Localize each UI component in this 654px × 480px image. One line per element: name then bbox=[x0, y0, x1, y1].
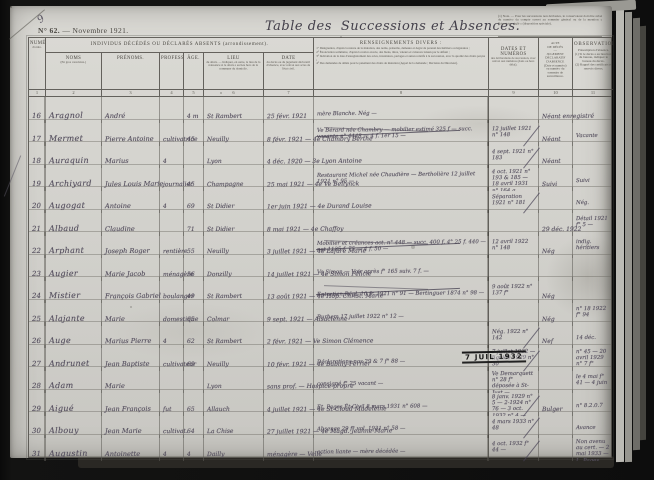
cell-nom: Augustin bbox=[46, 435, 102, 461]
header-lieu: LIEUdu décès. — Indiquer, en outre, le l… bbox=[204, 53, 264, 89]
handwritten-entry: Nég. bbox=[576, 200, 589, 206]
page-stack-edge bbox=[625, 12, 632, 462]
cell-profession: 4 bbox=[160, 435, 184, 461]
header-numero: NUMÉROd'ordre. bbox=[29, 38, 46, 89]
handwritten-entry: Déclarations nos 29 & 7 f° 88 — bbox=[317, 358, 405, 365]
handwritten-entry: Dailly bbox=[207, 450, 225, 457]
handwritten-entry: Ve Simon — Voir après f° 165 suiv. 7 f. … bbox=[317, 268, 429, 275]
printed-footnote: (1) Nota. — Pour les successions non déc… bbox=[498, 15, 602, 37]
margin-stroke bbox=[4, 155, 21, 196]
handwritten-entry: Burhem 17 juillet 1922 n° 12 — bbox=[317, 313, 404, 320]
handwritten-entry: Absence 29 f° vol. 1931 n° 58 — bbox=[317, 426, 405, 433]
table-body: 16AragnolAndré4 mSt Rambert25 févr. 1921… bbox=[29, 96, 611, 457]
handwritten-entry: n° 8.2.0.7 bbox=[576, 402, 603, 408]
header-date: DATEdu décès ou du jugement déclaratif d… bbox=[264, 53, 314, 89]
header-professions: PROFESSIONS. bbox=[160, 53, 184, 89]
handwritten-entry: Mobilier et créances act. n° 448 — succ.… bbox=[317, 239, 486, 253]
handwritten-entry: Restaurant Michel née Chaudière — Bertho… bbox=[317, 171, 486, 185]
handwritten-entry: indig. héritiers bbox=[576, 239, 611, 252]
table-row: 22ArphantJoseph Rogerrentière55Neuilly3 … bbox=[29, 232, 611, 255]
form-number: N° 62. bbox=[38, 26, 60, 35]
handwritten-corner-note: 9 bbox=[35, 13, 47, 26]
page-stack-edge bbox=[616, 8, 624, 462]
handwritten-entry: action liante — mère décédée — bbox=[317, 448, 405, 455]
column-numbers-row: 1234567891011 bbox=[29, 89, 613, 96]
handwritten-entry: Augustin bbox=[49, 448, 88, 457]
scan-background: 3 9 N° 62. — Novembre 1921. Table desSuc… bbox=[0, 0, 654, 480]
handwritten-entry: Non avenu au cert. — 2 mai 1933 — L. Pag… bbox=[576, 438, 611, 460]
table-row: 17MermetPierre Antoinecultivatrice45Neui… bbox=[29, 120, 611, 143]
table-row: 24MistierFrançois Gabrielboulanger49St R… bbox=[29, 277, 611, 300]
handwritten-entry: consigné f° 25 vacant — bbox=[317, 381, 383, 388]
handwritten-entry: 31 bbox=[32, 449, 41, 457]
table-row: 28AdamMarieLyonsans prof. — Hospice prop… bbox=[29, 367, 611, 390]
handwritten-entry: Antoinette bbox=[105, 449, 140, 457]
header-noms: NOMS(En gros caractères.) bbox=[46, 53, 102, 89]
header-observations: OBSERVATIONS. Présomption d'absence.(1) … bbox=[573, 38, 613, 89]
table-header: NUMÉROd'ordre. INDIVIDUS DÉCÉDÉS OU DÉCL… bbox=[29, 38, 611, 96]
cell-dates_numeros: 4 oct. 1932 f° 44 — bbox=[489, 435, 539, 461]
handwritten-entry: Détail 1921 f° 5 — bbox=[576, 216, 611, 229]
handwritten-entry: 12 avril 1922 n° 148 bbox=[492, 239, 536, 252]
handwritten-entry: Avance bbox=[576, 425, 596, 431]
cell-prenoms: Antoinette bbox=[102, 435, 160, 461]
table-row: 20AugogatAntoine469St Didier1er juin 192… bbox=[29, 187, 611, 210]
handwritten-entry: Entretien Régl. 10 fr. 1921 n° 91 — Bert… bbox=[317, 290, 484, 298]
table-row: 29AiguéJean Françoisfut65Allauch4 juille… bbox=[29, 390, 611, 413]
handwritten-entry: Ve Bérard née Chambry — mobilier estimé … bbox=[317, 126, 486, 140]
handwritten-entry: Et. Pages Ét-Civil 8 mars 1931 n° 608 — bbox=[317, 403, 428, 410]
handwritten-entry: le 4 mai f° 41 — 4 juin bbox=[576, 374, 611, 387]
table-row: 23AugierMarie Jacobménagère56Donzilly14 … bbox=[29, 255, 611, 278]
table-row: 21AlbaudClaudine71St Didier8 mai 1921 — … bbox=[29, 210, 611, 233]
table-row: 31AugustinAntoinette44Daillyménagère — V… bbox=[29, 435, 611, 458]
handwritten-entry: n° 45 — 20 avril 1929 n° 7 f° bbox=[576, 348, 611, 367]
table-row: 26AugeMarius Pierre462St Rambert2 févr. … bbox=[29, 322, 611, 345]
handwritten-entry: 4 bbox=[163, 450, 167, 457]
table-row: 18AuraquinMarius4Lyon4 déc. 1920 — 3e Ly… bbox=[29, 142, 611, 165]
table-row: 19ArchiyardJules Louis Mariejournalier45… bbox=[29, 165, 611, 188]
table-row: 25AlajanteMariedomestique65Colmar9 sept.… bbox=[29, 300, 611, 323]
handwritten-entry: 14 déc. bbox=[576, 335, 596, 341]
page-title: Table desSuccessions et Absences. bbox=[265, 19, 495, 34]
header-age: ÂGE. bbox=[184, 53, 204, 89]
table-row: 30AlbouyJean Mariecultivat.64La Chise27 … bbox=[29, 412, 611, 435]
handwritten-entry: n° 18 1922 f° 94 bbox=[576, 306, 611, 319]
header-prenoms: PRÉNOMS. bbox=[102, 53, 160, 89]
handwritten-entry: Vacante bbox=[576, 132, 598, 138]
handwritten-entry: mère Blanche. Nég — bbox=[317, 111, 377, 118]
cell-date: ménagère — Velle bbox=[264, 435, 314, 461]
form-date: — Novembre 1921. bbox=[60, 26, 128, 35]
cell-age: 4 bbox=[184, 435, 204, 461]
form-number-line: N° 62. — Novembre 1921. bbox=[38, 26, 129, 35]
cell-acte bbox=[539, 435, 573, 461]
cell-rens: action liante — mère décédée — bbox=[314, 435, 489, 461]
page-stack-edge bbox=[640, 26, 646, 441]
header-acte: ACTEDE DÉCÈS—JUGEMENTDÉCLARATIFD'ABSENCE… bbox=[539, 38, 573, 89]
handwritten-entry: 9 août 1922 n° 137 f° bbox=[492, 284, 536, 297]
handwritten-entry: 4 bbox=[187, 450, 191, 457]
register-table: NUMÉROd'ordre. INDIVIDUS DÉCÉDÉS OU DÉCL… bbox=[28, 37, 612, 458]
handwritten-entry: Suivi bbox=[576, 177, 590, 183]
header-dates-numeros: DATES ET NUMÉROSdes déclarations de succ… bbox=[489, 38, 539, 89]
cell-no: 31 bbox=[29, 435, 46, 461]
page-stack-edge bbox=[633, 18, 640, 450]
ink-specks bbox=[10, 6, 12, 8]
cell-obs: Non avenu au cert. — 2 mai 1933 — L. Pag… bbox=[573, 435, 613, 461]
header-renseignements: RENSEIGNEMENTS DIVERS : 1° Désignation, … bbox=[314, 38, 489, 89]
cell-lieu: Dailly bbox=[204, 435, 264, 461]
table-row: 16AragnolAndré4 mSt Rambert25 févr. 1921… bbox=[29, 97, 611, 120]
date-stamp: 7 JUIL 1932 bbox=[462, 350, 526, 363]
scanned-page: 9 N° 62. — Novembre 1921. Table desSucce… bbox=[10, 6, 612, 458]
header-group-title: INDIVIDUS DÉCÉDÉS OU DÉCLARÉS ABSENTS (a… bbox=[46, 38, 314, 53]
